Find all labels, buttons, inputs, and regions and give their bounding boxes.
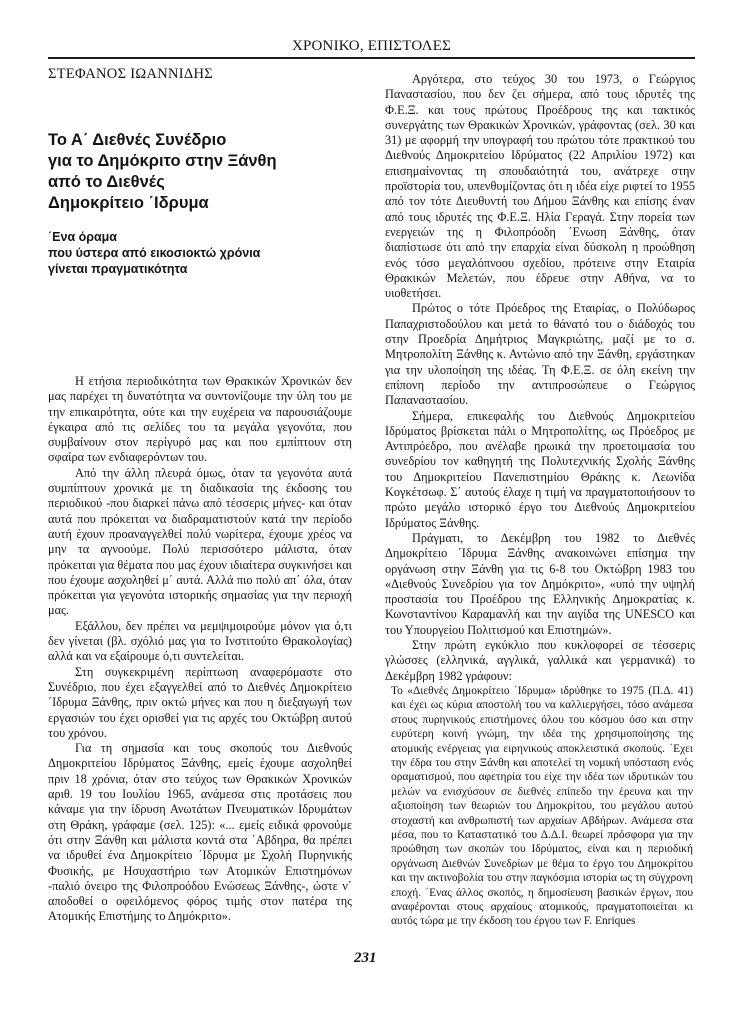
section-header: ΧΡΟΝΙΚΟ, ΕΠΙΣΤΟΛΕΣ xyxy=(48,38,695,55)
subtitle-line: γίνεται πραγματικότητα xyxy=(48,261,348,277)
paragraph: Πράγματι, το Δεκέμβρη του 1982 το Διεθνέ… xyxy=(385,531,695,638)
paragraph: Στην πρώτη εγκύκλιο που κυκλοφορεί σε τέ… xyxy=(385,638,695,684)
title-line: Το Α΄ Διεθνές Συνέδριο xyxy=(48,130,348,151)
article-subtitle: ΄Ενα όραμα που ύστερα από εικοσιοκτώ χρό… xyxy=(48,229,348,277)
author-name: ΣΤΕΦΑΝΟΣ ΙΩΑΝΝΙΔΗΣ xyxy=(48,66,213,83)
header-rule xyxy=(48,57,695,59)
left-column: Η ετήσια περιοδικότητα των Θρακικών Χρον… xyxy=(48,374,352,925)
right-column: Αργότερα, στο τεύχος 30 του 1973, ο Γεώρ… xyxy=(385,72,695,929)
paragraph: Από την άλλη πλευρά όμως, όταν τα γεγονό… xyxy=(48,466,352,619)
block-quote: Το «Διεθνές Δημοκρίτειο ΄Ιδρυμα» ιδρύθηκ… xyxy=(391,684,693,929)
paragraph: Εξάλλου, δεν πρέπει να μεμψιμοιρούμε μόν… xyxy=(48,619,352,665)
paragraph: Στη συγκεκριμένη περίπτωση αναφερόμαστε … xyxy=(48,665,352,741)
paragraph: Πρώτος ο τότε Πρόεδρος της Εταιρίας, ο Π… xyxy=(385,301,695,408)
article-title: Το Α΄ Διεθνές Συνέδριο για το Δημόκριτο … xyxy=(48,130,348,214)
title-line: από το Διεθνές xyxy=(48,172,348,193)
title-line: Δημοκρίτειο ΄Ιδρυμα xyxy=(48,193,348,214)
paragraph: Αργότερα, στο τεύχος 30 του 1973, ο Γεώρ… xyxy=(385,72,695,301)
paragraph: Για τη σημασία και τους σκοπούς του Διεθ… xyxy=(48,741,352,925)
page-number: 231 xyxy=(354,950,377,967)
subtitle-line: ΄Ενα όραμα xyxy=(48,229,348,245)
paragraph: Η ετήσια περιοδικότητα των Θρακικών Χρον… xyxy=(48,374,352,466)
paragraph: Σήμερα, επικεφαλής του Διεθνούς Δημοκριτ… xyxy=(385,409,695,531)
subtitle-line: που ύστερα από εικοσιοκτώ χρόνια xyxy=(48,245,348,261)
title-line: για το Δημόκριτο στην Ξάνθη xyxy=(48,151,348,172)
